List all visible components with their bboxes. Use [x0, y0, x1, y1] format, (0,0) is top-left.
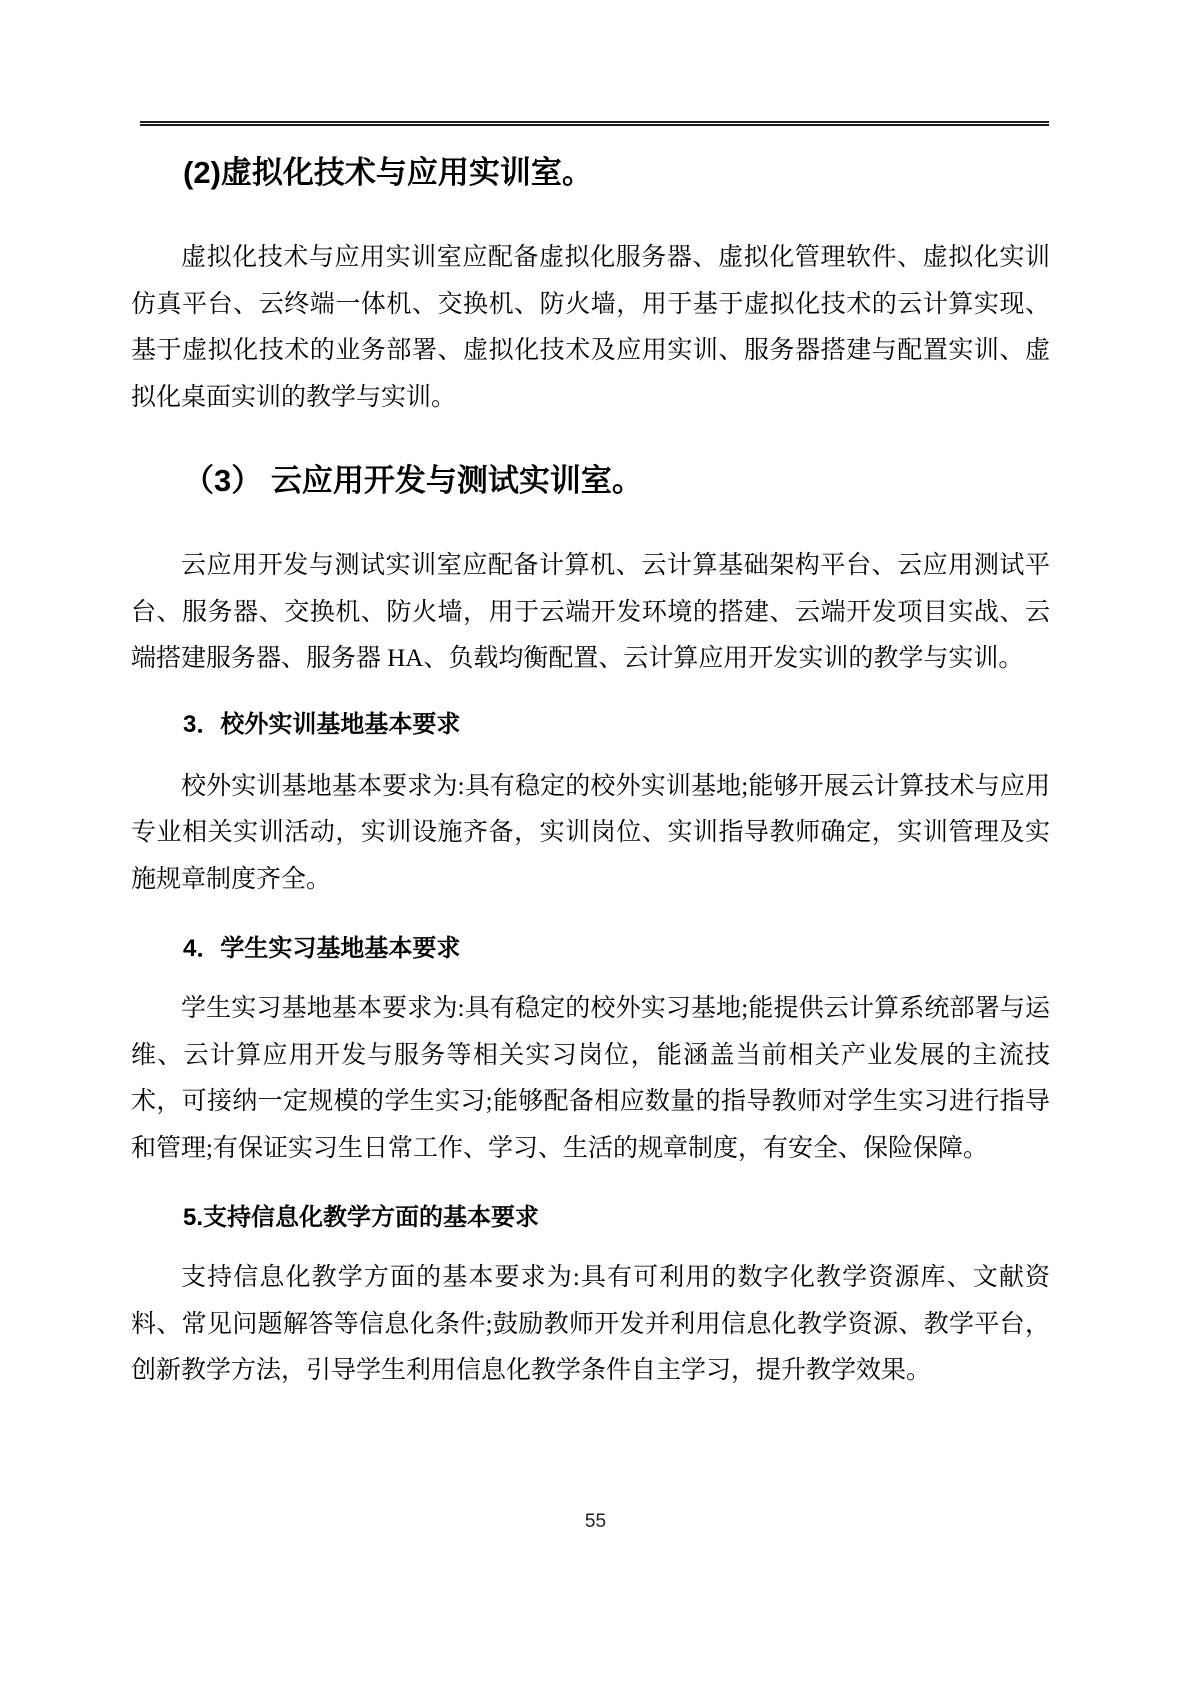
paragraph-offcampus-training-base: 校外实训基地基本要求为:具有稳定的校外实训基地;能够开展云计算技术与应用专业相关… — [131, 764, 1050, 904]
page-number: 55 — [0, 1510, 1191, 1534]
section-heading-student-internship-base: 4．学生实习基地基本要求 — [183, 934, 1050, 964]
section-heading-virtualization-lab: (2)虚拟化技术与应用实训室。 — [183, 154, 1050, 192]
paragraph-cloud-app-dev-lab: 云应用开发与测试实训室应配备计算机、云计算基础架构平台、云应用测试平台、服务器、… — [131, 543, 1050, 683]
paragraph-informatization-teaching: 支持信息化教学方面的基本要求为:具有可利用的数字化教学资源库、文献资料、常见问题… — [131, 1255, 1050, 1395]
section-heading-offcampus-training-base: 3．校外实训基地基本要求 — [183, 710, 1050, 740]
document-content: (2)虚拟化技术与应用实训室。 虚拟化技术与应用实训室应配备虚拟化服务器、虚拟化… — [131, 0, 1050, 1395]
section-heading-cloud-app-dev-lab: （3） 云应用开发与测试实训室。 — [183, 462, 1050, 500]
paragraph-virtualization-lab: 虚拟化技术与应用实训室应配备虚拟化服务器、虚拟化管理软件、虚拟化实训仿真平台、云… — [131, 235, 1050, 421]
section-heading-informatization-teaching: 5.支持信息化教学方面的基本要求 — [183, 1203, 1050, 1233]
paragraph-student-internship-base: 学生实习基地基本要求为:具有稳定的校外实习基地;能提供云计算系统部署与运维、云计… — [131, 986, 1050, 1172]
document-page: (2)虚拟化技术与应用实训室。 虚拟化技术与应用实训室应配备虚拟化服务器、虚拟化… — [0, 0, 1191, 1684]
